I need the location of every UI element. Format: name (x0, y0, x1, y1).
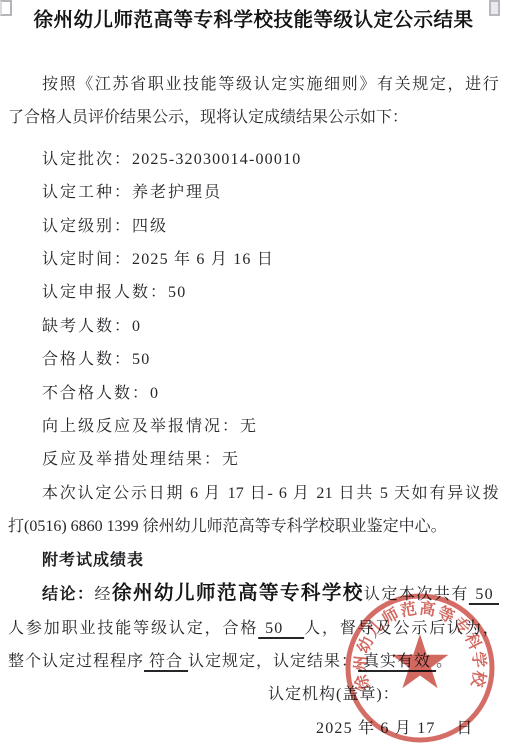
conclusion-text: 。 (436, 653, 453, 670)
field-value: 0 (150, 385, 159, 402)
field-row-level: 认定级别：四级 (8, 210, 499, 243)
conclusion-text: 人参加职业技能等级认定，合格 (8, 620, 258, 637)
conclusion-label: 结论： (42, 586, 94, 603)
conclusion-line-3: 整个认定过程程序 符合 认定规定，认定结果： 真实有效 。 (8, 645, 499, 678)
field-label: 不合格人数： (42, 385, 150, 402)
field-row-reports: 向上级反应及举报情况：无 (8, 410, 499, 443)
field-value: 50 (168, 284, 186, 301)
conclusion-text: 认定规定，认定结果： (188, 653, 358, 670)
field-row-failed: 不合格人数：0 (8, 377, 499, 410)
conclusion-line-1: 结论：经徐州幼儿师范高等专科学校认定本次共有 50 (8, 577, 499, 611)
field-label: 向上级反应及举报情况： (42, 418, 240, 435)
field-label: 缺考人数： (42, 318, 132, 335)
conclusion-text: 整个认定过程程序 (8, 653, 144, 670)
field-label: 认定时间： (42, 251, 132, 268)
field-row-absent: 缺考人数：0 (8, 310, 499, 343)
field-label: 认定批次： (42, 151, 132, 168)
school-name: 徐州幼儿师范高等专科学校 (112, 583, 364, 604)
conclusion-line-2: 人参加职业技能等级认定，合格 50 人，督导及公示后认为， (8, 612, 499, 645)
org-signature-label: 认定机构(盖章)： (8, 678, 499, 711)
field-row-applicants: 认定申报人数：50 (8, 276, 499, 309)
field-label: 认定申报人数： (42, 284, 168, 301)
field-row-passed: 合格人数：50 (8, 343, 499, 376)
notice-line-1: 本次认定公示日期 6 月 17 日- 6 月 21 日共 5 天如有异议拨 (8, 477, 499, 510)
scan-artifact-top-left (0, 0, 12, 16)
intro-line-1: 按照《江苏省职业技能等级认定实施细则》有关规定，进行 (8, 68, 499, 101)
filled-blank-compliance: 符合 (144, 653, 188, 670)
field-value: 50 (132, 351, 150, 368)
field-value: 养老护理员 (132, 184, 222, 201)
filled-blank-total: 50 (469, 586, 499, 603)
field-row-report-results: 反应及举措处理结果：无 (8, 443, 499, 476)
certification-fields: 认定批次：2025-32030014-00010 认定工种：养老护理员 认定级别… (8, 143, 499, 477)
filled-blank-validity: 真实有效 (358, 653, 436, 670)
conclusion-text: 人，督导及公示后认为， (304, 620, 499, 637)
field-row-batch: 认定批次：2025-32030014-00010 (8, 143, 499, 176)
filled-blank-passed: 50 (258, 620, 304, 637)
conclusion-text: 经 (94, 586, 112, 603)
field-value: 四级 (132, 218, 168, 235)
field-value: 0 (132, 318, 141, 335)
field-value: 2025 年 6 月 16 日 (132, 251, 274, 268)
conclusion-text: 认定本次共有 (364, 586, 469, 603)
signature-date: 2025 年 6 月 17 日 (8, 712, 499, 744)
field-row-occupation: 认定工种：养老护理员 (8, 176, 499, 209)
field-value: 无 (240, 418, 258, 435)
attachment-note: 附考试成绩表 (8, 544, 499, 577)
scan-artifact-top-right (489, 0, 500, 16)
intro-line-2: 了合格人员评价结果公示，现将认定成绩结果公示如下： (8, 101, 499, 134)
announcement-document: 徐州幼儿师范高等专科学校技能等级认定公示结果 按照《江苏省职业技能等级认定实施细… (0, 0, 508, 744)
field-label: 合格人数： (42, 351, 132, 368)
field-label: 认定工种： (42, 184, 132, 201)
field-row-date: 认定时间：2025 年 6 月 16 日 (8, 243, 499, 276)
field-label: 反应及举措处理结果： (42, 451, 222, 468)
field-value: 2025-32030014-00010 (132, 151, 301, 168)
field-label: 认定级别： (42, 218, 132, 235)
notice-line-2: 打(0516) 6860 1399 徐州幼儿师范高等专科学校职业鉴定中心。 (8, 510, 499, 543)
page-title: 徐州幼儿师范高等专科学校技能等级认定公示结果 (8, 6, 499, 36)
field-value: 无 (222, 451, 240, 468)
